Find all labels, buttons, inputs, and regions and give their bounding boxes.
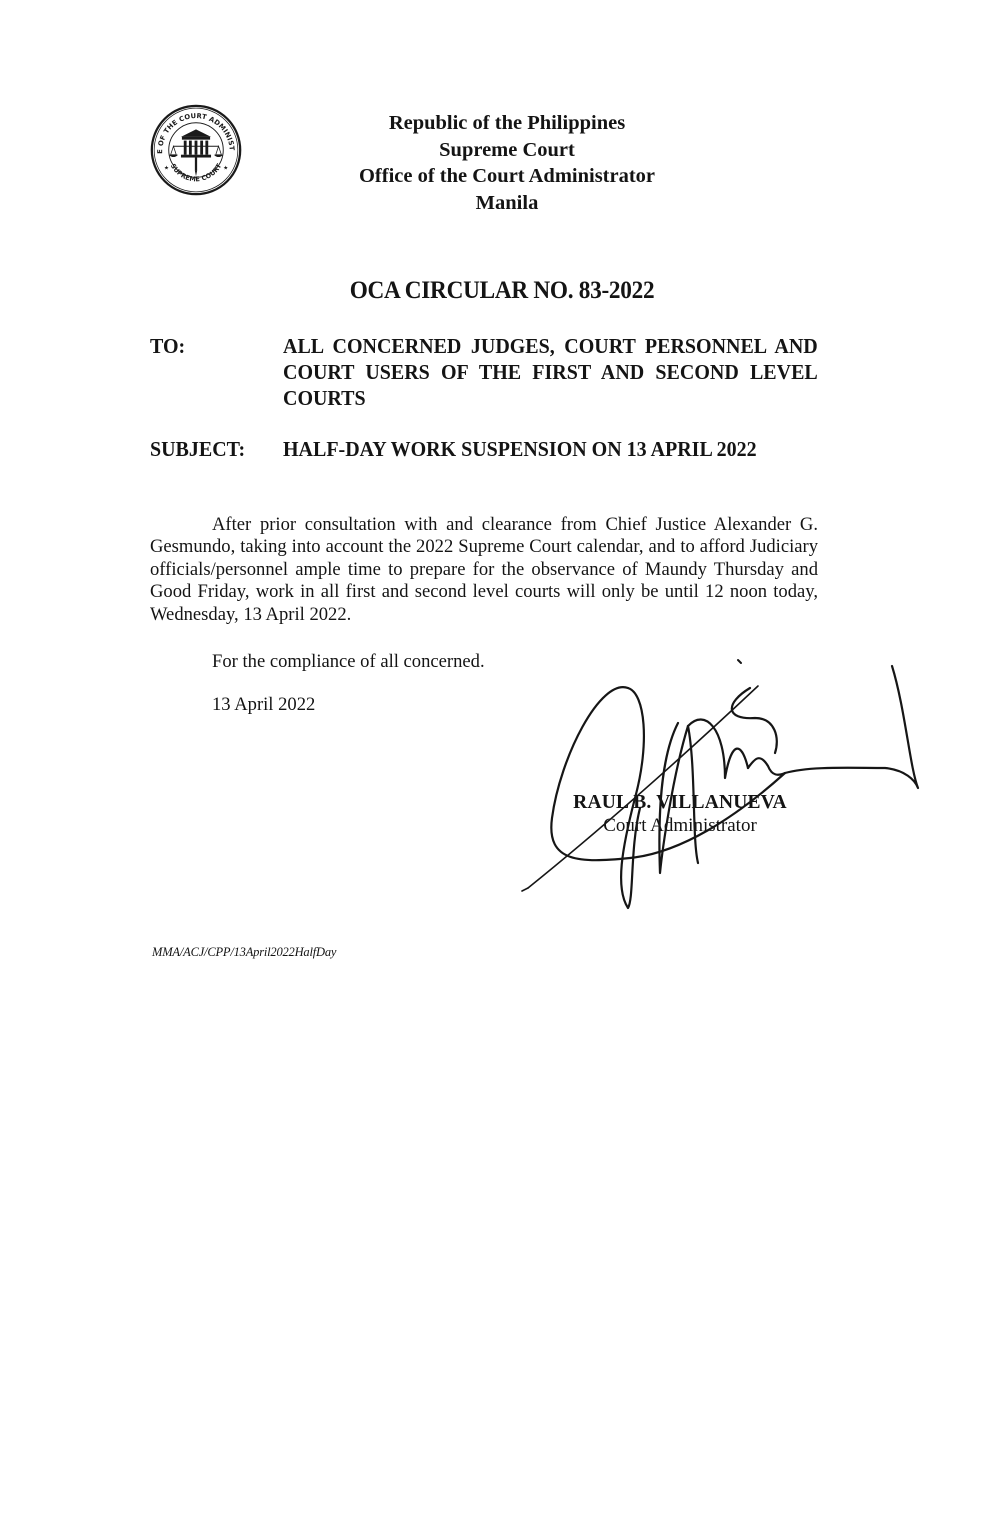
addressee-value: ALL CONCERNED JUDGES, COURT PERSONNEL AN… <box>283 333 818 411</box>
document-date: 13 April 2022 <box>212 694 315 716</box>
handwritten-signature-icon <box>510 648 930 910</box>
signatory-position: Court Administrator <box>545 815 815 837</box>
signatory-name: RAUL B. VILLANUEVA <box>545 792 815 814</box>
body-paragraph: After prior consultation with and cleara… <box>150 514 818 626</box>
letterhead-court: Supreme Court <box>300 137 714 164</box>
subject-label: SUBJECT: <box>150 436 245 462</box>
court-administrator-seal-icon: OFFICE OF THE COURT ADMINISTRATOR SUPREM… <box>149 103 243 197</box>
letterhead-country: Republic of the Philippines <box>300 110 714 137</box>
letterhead-office: Office of the Court Administrator <box>300 163 714 190</box>
svg-text:★: ★ <box>223 165 228 172</box>
addressee-field: TO: ALL CONCERNED JUDGES, COURT PERSONNE… <box>150 333 818 411</box>
circular-title: OCA CIRCULAR NO. 83-2022 <box>175 277 830 305</box>
svg-text:★: ★ <box>164 165 169 172</box>
letterhead: Republic of the Philippines Supreme Cour… <box>300 110 714 216</box>
letterhead-city: Manila <box>300 190 714 217</box>
signatory-block: RAUL B. VILLANUEVA Court Administrator <box>545 792 815 837</box>
closing-line: For the compliance of all concerned. <box>212 651 485 673</box>
subject-value: HALF-DAY WORK SUSPENSION ON 13 APRIL 202… <box>283 436 818 462</box>
reference-code: MMA/ACJ/CPP/13April2022HalfDay <box>152 945 336 960</box>
addressee-label: TO: <box>150 333 185 359</box>
subject-field: SUBJECT: HALF-DAY WORK SUSPENSION ON 13 … <box>150 436 818 462</box>
